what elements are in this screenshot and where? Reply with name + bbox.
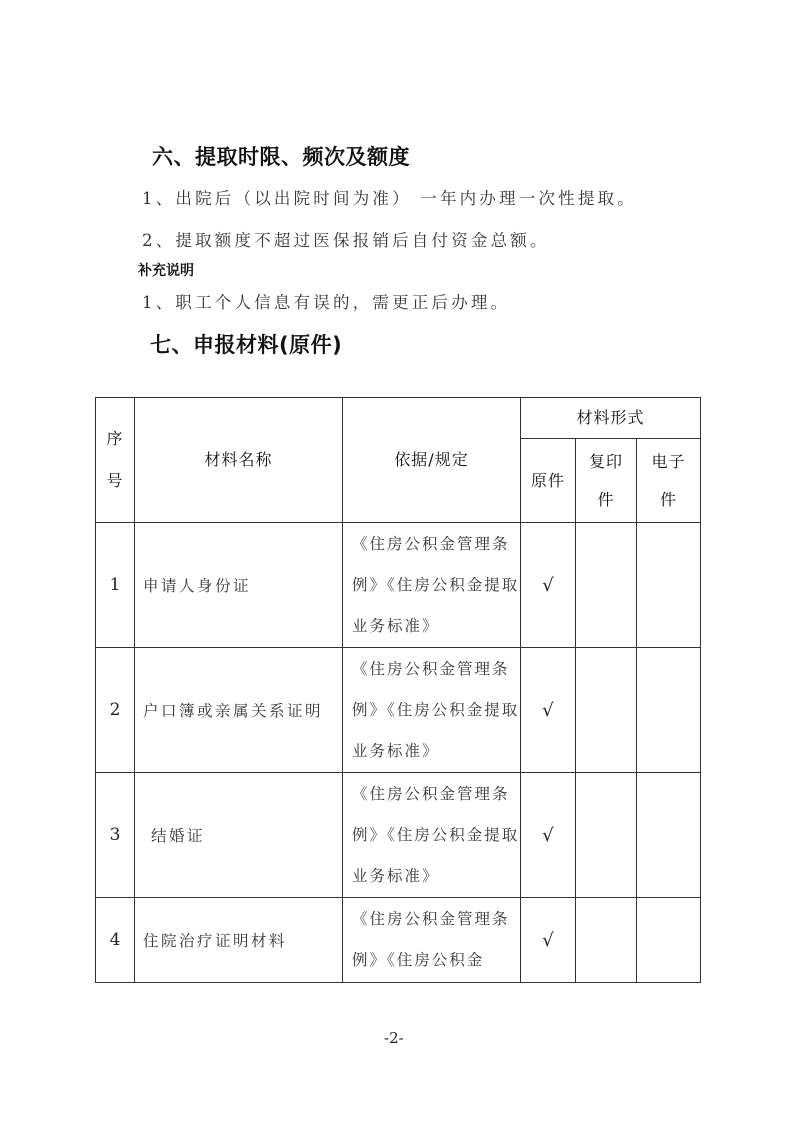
row-name: 结婚证: [135, 773, 343, 898]
header-copy-line2: 件: [576, 481, 636, 519]
row-seq: 4: [96, 898, 135, 983]
row-seq: 3: [96, 773, 135, 898]
section-7-title: 七、申报材料(原件): [150, 329, 342, 359]
header-electronic-line1: 电子: [637, 443, 700, 481]
header-seq: 序 号: [96, 398, 135, 523]
row-electronic: [637, 773, 701, 898]
section-6-item-2: 2、提取额度不超过医保报销后自付资金总额。: [142, 227, 550, 251]
header-copy-line1: 复印: [576, 443, 636, 481]
row-name: 申请人身份证: [135, 523, 343, 648]
row-copy: [576, 773, 637, 898]
header-original: 原件: [521, 439, 576, 523]
row-basis: 《住房公积金管理条例》《住房公积金: [343, 898, 521, 983]
header-basis: 依据/规定: [343, 398, 521, 523]
row-seq: 1: [96, 523, 135, 648]
section-6-title: 六、提取时限、频次及额度: [152, 141, 410, 171]
header-electronic: 电子 件: [637, 439, 701, 523]
header-copy: 复印 件: [576, 439, 637, 523]
table-row: 3 结婚证 《住房公积金管理条例》《住房公积金提取业务标准》 √: [96, 773, 701, 898]
row-basis: 《住房公积金管理条例》《住房公积金提取业务标准》: [343, 648, 521, 773]
row-electronic: [637, 648, 701, 773]
table-row: 2 户口簿或亲属关系证明 《住房公积金管理条例》《住房公积金提取业务标准》 √: [96, 648, 701, 773]
row-copy: [576, 648, 637, 773]
row-electronic: [637, 523, 701, 648]
header-seq-line1: 序: [96, 418, 134, 460]
table-row: 1 申请人身份证 《住房公积金管理条例》《住房公积金提取业务标准》 √: [96, 523, 701, 648]
row-original-check: √: [521, 773, 576, 898]
row-copy: [576, 898, 637, 983]
table-row: 4 住院治疗证明材料 《住房公积金管理条例》《住房公积金 √: [96, 898, 701, 983]
row-seq: 2: [96, 648, 135, 773]
row-original-check: √: [521, 523, 576, 648]
section-6-item-1: 1、出院后（以出院时间为准） 一年内办理一次性提取。: [142, 185, 637, 209]
header-electronic-line2: 件: [637, 481, 700, 519]
header-seq-line2: 号: [96, 460, 134, 502]
header-form: 材料形式: [521, 398, 701, 439]
row-name: 住院治疗证明材料: [135, 898, 343, 983]
row-basis: 《住房公积金管理条例》《住房公积金提取业务标准》: [343, 773, 521, 898]
row-basis: 《住房公积金管理条例》《住房公积金提取业务标准》: [343, 523, 521, 648]
supplement-title: 补充说明: [138, 260, 194, 280]
row-copy: [576, 523, 637, 648]
row-original-check: √: [521, 898, 576, 983]
supplement-item-1: 1、职工个人信息有误的，需更正后办理。: [142, 289, 510, 313]
row-name: 户口簿或亲属关系证明: [135, 648, 343, 773]
row-electronic: [637, 898, 701, 983]
row-original-check: √: [521, 648, 576, 773]
materials-table: 序 号 材料名称 依据/规定 材料形式 原件 复印 件 电子 件 1 申请人身份…: [95, 397, 701, 983]
page-number: -2-: [384, 1029, 404, 1047]
header-name: 材料名称: [135, 398, 343, 523]
